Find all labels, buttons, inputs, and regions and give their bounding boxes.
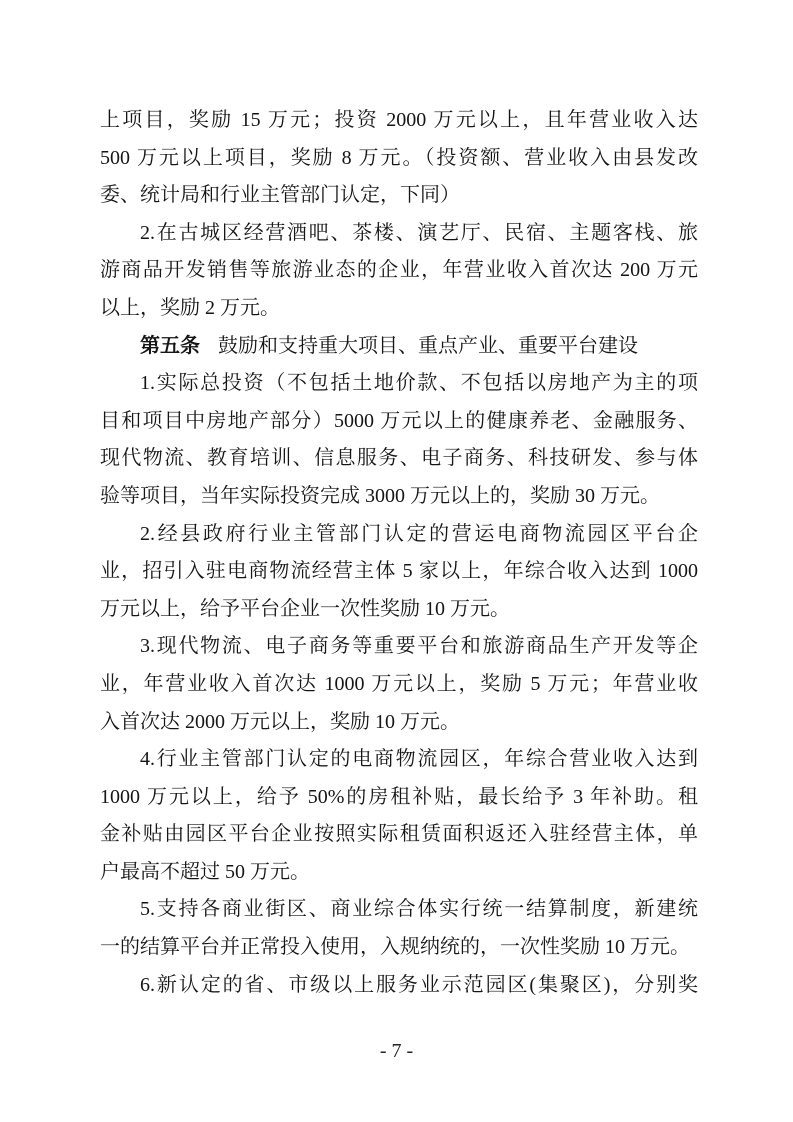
body-line: 500 万元以上项目，奖励 8 万元。（投资额、营业收入由县发改 xyxy=(100,140,698,178)
body-line: 万元以上，给予平台企业一次性奖励 10 万元。 xyxy=(100,591,698,629)
body-line: 现代物流、教育培训、信息服务、电子商务、科技研发、参与体 xyxy=(100,440,698,478)
body-line: 一的结算平台并正常投入使用，入规纳统的，一次性奖励 10 万元。 xyxy=(100,929,698,967)
body-line: 2.经县政府行业主管部门认定的营运电商物流园区平台企 xyxy=(100,516,698,554)
body-line: 1.实际总投资（不包括土地价款、不包括以房地产为主的项 xyxy=(100,365,698,403)
body-line: 游商品开发销售等旅游业态的企业，年营业收入首次达 200 万元 xyxy=(100,252,698,290)
body-line: 3.现代物流、电子商务等重要平台和旅游商品生产开发等企 xyxy=(100,628,698,666)
body-line: 验等项目，当年实际投资完成 3000 万元以上的，奖励 30 万元。 xyxy=(100,478,698,516)
body-line: 上项目，奖励 15 万元；投资 2000 万元以上，且年营业收入达 xyxy=(100,102,698,140)
page-number: - 7 - xyxy=(0,1036,793,1066)
body-line: 1000 万元以上，给予 50%的房租补贴，最长给予 3 年补助。租 xyxy=(100,779,698,817)
body-line: 业，年营业收入首次达 1000 万元以上，奖励 5 万元；年营业收 xyxy=(100,666,698,704)
body-line: 目和项目中房地产部分）5000 万元以上的健康养老、金融服务、 xyxy=(100,403,698,441)
body-line: 委、统计局和行业主管部门认定，下同） xyxy=(100,177,698,215)
section-title: 鼓励和支持重大项目、重点产业、重要平台建设 xyxy=(218,335,638,357)
body-line: 金补贴由园区平台企业按照实际租赁面积返还入驻经营主体，单 xyxy=(100,816,698,854)
body-line: 2.在古城区经营酒吧、茶楼、演艺厅、民宿、主题客栈、旅 xyxy=(100,215,698,253)
section-heading: 第五条鼓励和支持重大项目、重点产业、重要平台建设 xyxy=(100,328,698,366)
body-line: 入首次达 2000 万元以上，奖励 10 万元。 xyxy=(100,704,698,742)
document-page: 上项目，奖励 15 万元；投资 2000 万元以上，且年营业收入达 500 万元… xyxy=(0,0,793,1122)
section-number: 第五条 xyxy=(140,335,200,357)
body-line: 5.支持各商业街区、商业综合体实行统一结算制度，新建统 xyxy=(100,891,698,929)
body-line: 4.行业主管部门认定的电商物流园区，年综合营业收入达到 xyxy=(100,741,698,779)
body-line: 以上，奖励 2 万元。 xyxy=(100,290,698,328)
body-text: 上项目，奖励 15 万元；投资 2000 万元以上，且年营业收入达 500 万元… xyxy=(100,102,698,1004)
body-line: 6.新认定的省、市级以上服务业示范园区(集聚区)，分别奖 xyxy=(100,967,698,1005)
body-line: 户最高不超过 50 万元。 xyxy=(100,854,698,892)
body-line: 业，招引入驻电商物流经营主体 5 家以上，年综合收入达到 1000 xyxy=(100,553,698,591)
